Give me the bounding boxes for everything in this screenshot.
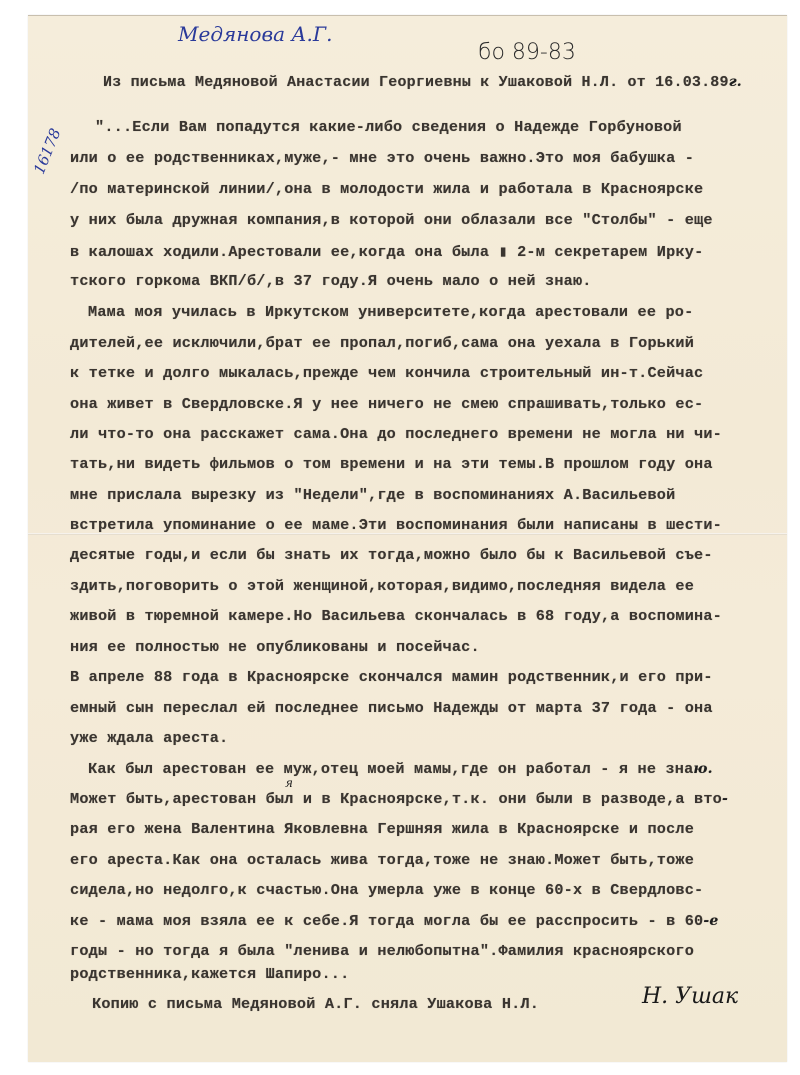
heading-handwritten-suffix: г. xyxy=(729,74,742,90)
text-line: мне прислала вырезку из "Недели",где в в… xyxy=(70,486,675,504)
text-line: она живет в Свердловске.Я у нее ничего н… xyxy=(70,395,703,413)
handwritten-correction-above: я xyxy=(285,776,293,790)
text-line: или о ее родственниках,муже,- мне это оч… xyxy=(70,149,694,167)
text-line: дителей,ее исключили,брат ее пропал,поги… xyxy=(70,334,694,352)
copy-note: Копию с письма Медяновой А.Г. сняла Ушак… xyxy=(92,995,539,1013)
text-line: Как был арестован ее муж,отец моей мамы,… xyxy=(88,760,713,778)
handwritten-correction: -е xyxy=(703,913,718,929)
text-line: к тетке и долго мыкалась,прежде чем конч… xyxy=(70,364,703,382)
text-line: ния ее полностью не опубликованы и посей… xyxy=(70,638,480,656)
text-line-typed: Может быть,арестован был и в Красноярске… xyxy=(70,790,722,808)
text-line: "...Если Вам попадутся какие-либо сведен… xyxy=(95,118,682,136)
text-line: емный сын переслал ей последнее письмо Н… xyxy=(70,699,713,717)
text-line: Мама моя училась в Иркутском университет… xyxy=(88,303,693,321)
text-line: десятые годы,и если бы знать их тогда,мо… xyxy=(70,546,713,564)
text-line: в калошах ходили.Арестовали ее,когда она… xyxy=(70,242,703,261)
text-line-typed: ке - мама моя взяла ее к себе.Я тогда мо… xyxy=(70,912,703,930)
text-line: ке - мама моя взяла ее к себе.Я тогда мо… xyxy=(70,912,718,930)
text-line: В апреле 88 года в Красноярске скончался… xyxy=(70,668,713,686)
text-line: /по материнской линии/,она в молодости ж… xyxy=(70,180,703,198)
signature: Н. Ушак xyxy=(642,984,738,1009)
text-line: живой в тюремной камере.Но Васильева ско… xyxy=(70,607,722,625)
handwritten-name: Медянова А.Г. xyxy=(178,22,332,46)
document-heading: Из письма Медяновой Анастасии Георгиевны… xyxy=(103,74,742,91)
text-line: ли что-то она расскажет сама.Она до посл… xyxy=(70,425,722,443)
text-line: тать,ни видеть фильмов о том времени и н… xyxy=(70,455,713,473)
text-line: годы - но тогда я была "ленива и нелюбоп… xyxy=(70,942,694,960)
heading-text: Из письма Медяновой Анастасии Георгиевны… xyxy=(103,74,729,91)
text-line: здить,поговорить о этой женщиной,которая… xyxy=(70,577,694,595)
text-line: Может быть,арестован был и в Красноярске… xyxy=(70,790,728,808)
handwritten-archive-number: бо 89-83 xyxy=(478,40,576,65)
text-line: встретила упоминание о ее маме.Эти воспо… xyxy=(70,516,722,534)
handwritten-correction: - xyxy=(722,791,728,807)
text-line: тского горкома ВКП/б/,в 37 году.Я очень … xyxy=(70,272,592,290)
text-line: родственника,кажется Шапиро... xyxy=(70,965,349,983)
text-line: сидела,но недолго,к счастью.Она умерла у… xyxy=(70,881,703,899)
text-line-typed: Как был арестован ее муж,отец моей мамы,… xyxy=(88,760,693,778)
text-line: у них была дружная компания,в которой он… xyxy=(70,211,713,229)
text-line: уже ждала ареста. xyxy=(70,729,228,747)
text-line: его ареста.Как она осталась жива тогда,т… xyxy=(70,851,694,869)
document-page xyxy=(28,15,787,1062)
text-line: рая его жена Валентина Яковлевна Гершняя… xyxy=(70,820,694,838)
handwritten-correction: ю. xyxy=(693,761,712,777)
